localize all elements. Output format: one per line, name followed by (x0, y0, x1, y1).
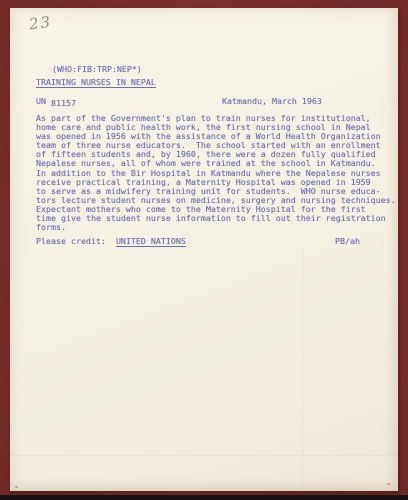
caption-paragraph-1: As part of the Government's plan to trai… (36, 114, 396, 205)
typist-initials: PB/ah (335, 237, 360, 246)
caption-paragraph-2: Expectant mothers who come to the Matern… (36, 205, 386, 232)
credit-line: Please credit:UNITED NATIONS (36, 237, 186, 246)
photo-id-number: 81157 (51, 99, 76, 108)
handwritten-number: 23 (28, 13, 53, 34)
credit-label: Please credit: (36, 236, 106, 246)
scan-edge (0, 495, 408, 500)
dateline: Katmandu, March 1963 (222, 97, 322, 106)
paper-speck (15, 486, 18, 488)
caption-card: 23 (WHO:FIB:TRP:NEP*) TRAINING NURSES IN… (10, 8, 398, 491)
reference-code: (WHO:FIB:TRP:NEP*) (52, 65, 142, 74)
paper-speck (387, 483, 390, 485)
paper-crease (10, 455, 398, 456)
photo-id-prefix: UN (36, 97, 46, 106)
caption-title: TRAINING NURSES IN NEPAL (36, 78, 156, 87)
photo-card-scan: 23 (WHO:FIB:TRP:NEP*) TRAINING NURSES IN… (0, 0, 408, 500)
credit-value: UNITED NATIONS (116, 236, 186, 246)
